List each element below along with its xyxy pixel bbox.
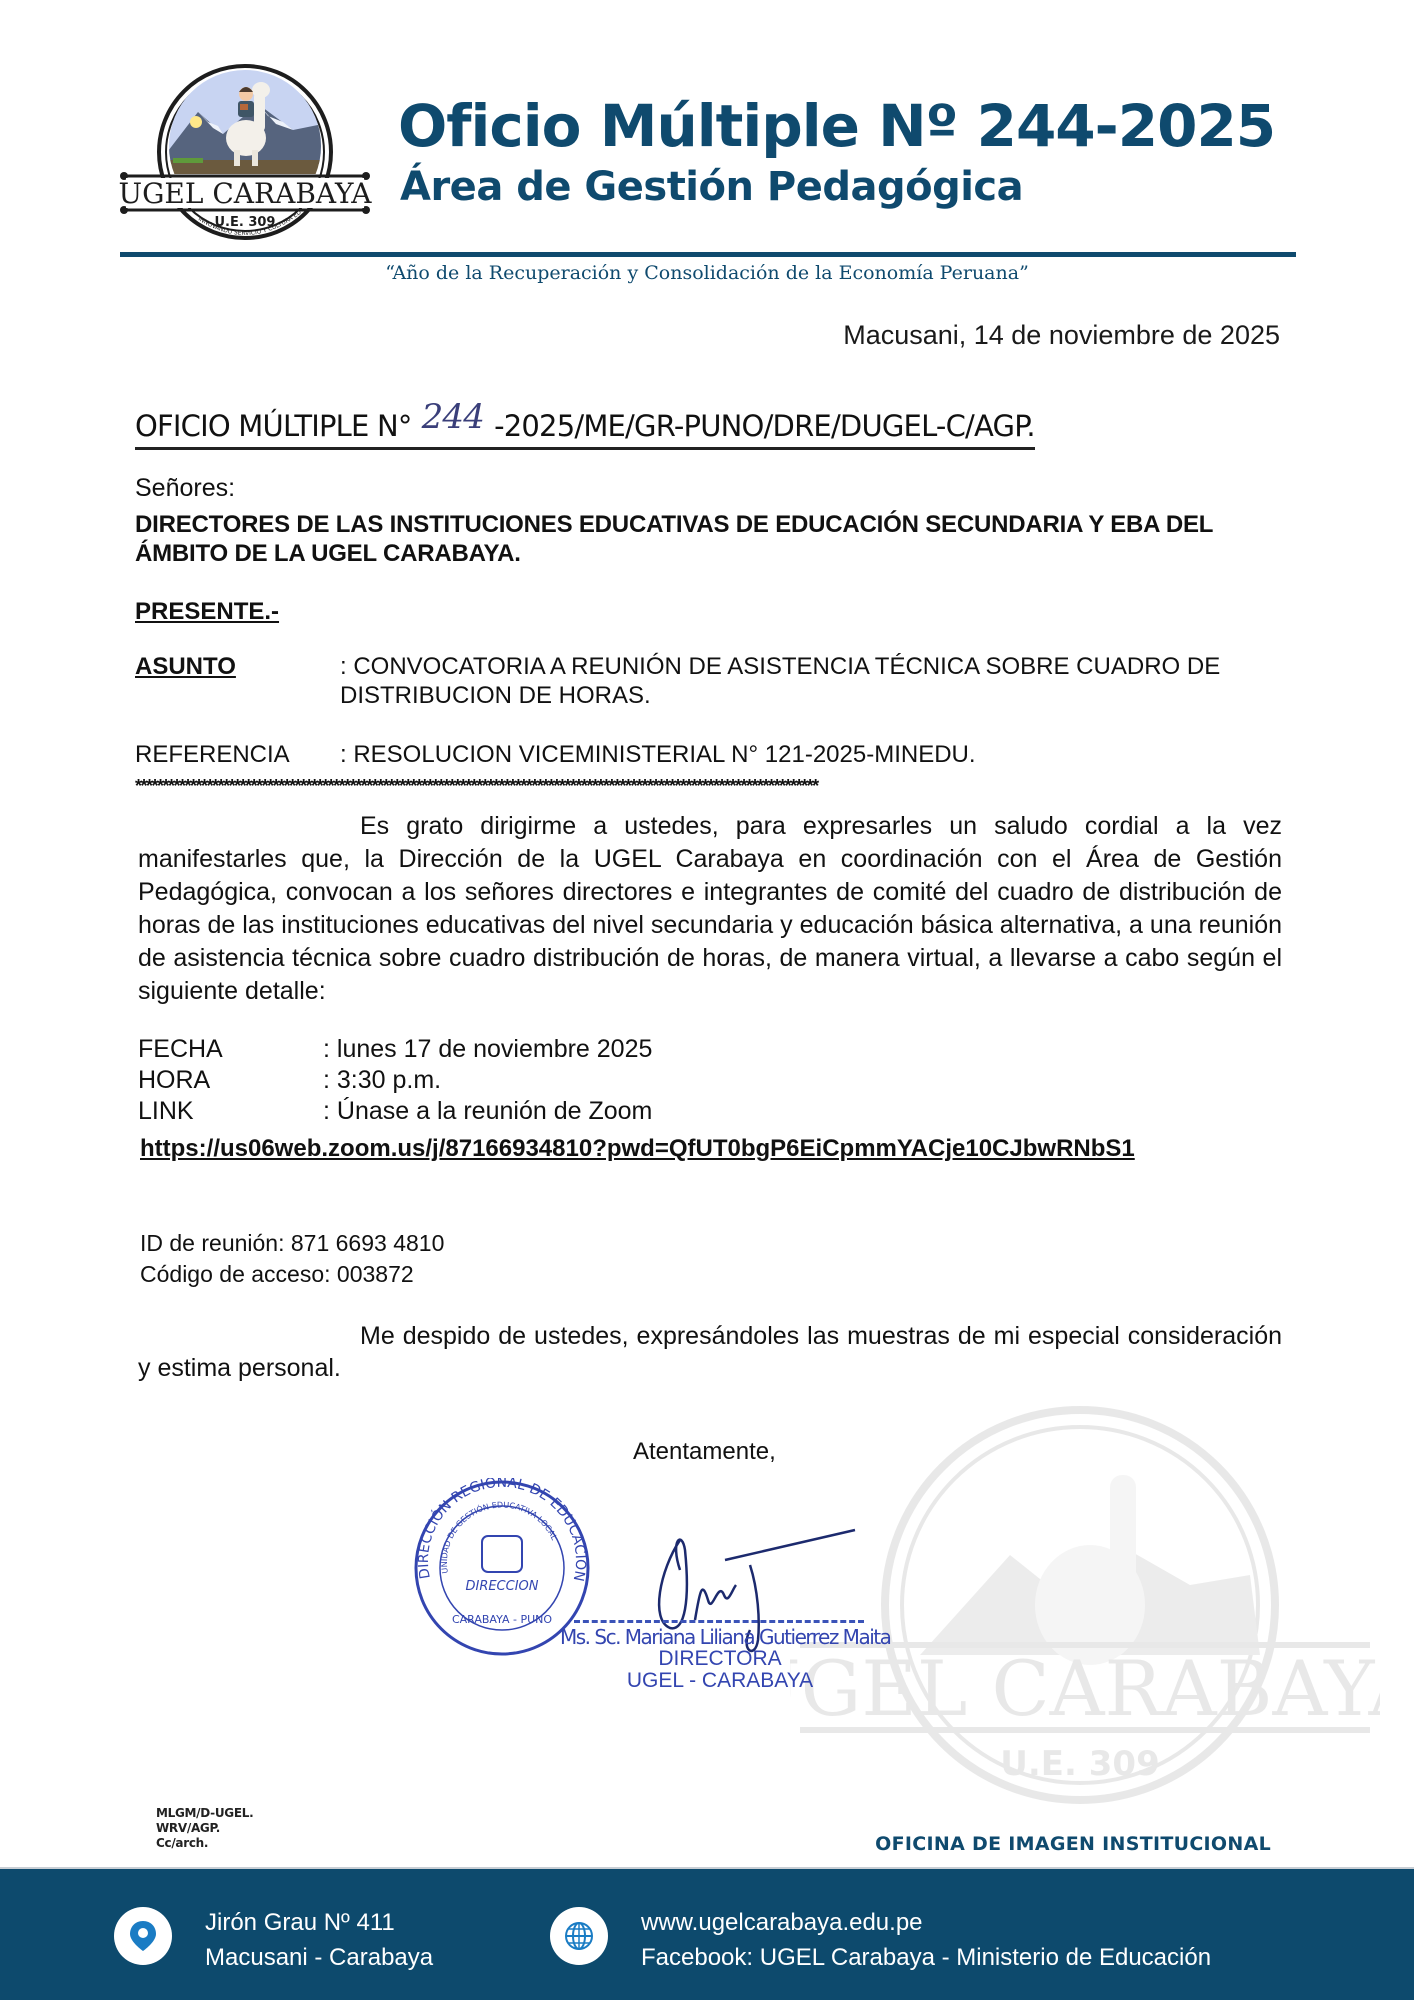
closing-paragraph: Me despido de ustedes, expresándoles las… [138, 1320, 1282, 1384]
facebook-link[interactable]: Facebook: UGEL Carabaya - Ministerio de … [641, 1940, 1211, 1975]
meeting-info: ID de reunión: 871 6693 4810 Código de a… [140, 1228, 444, 1290]
presente: PRESENTE.- [135, 598, 279, 626]
office-name: OFICINA DE IMAGEN INSTITUCIONAL [875, 1833, 1271, 1855]
signer-block: Ms. Sc. Mariana Liliana Gutierrez Maita … [560, 1626, 880, 1692]
referencia-row: REFERENCIA: RESOLUCION VICEMINISTERIAL N… [135, 740, 1280, 769]
asunto-value: : CONVOCATORIA A REUNIÓN DE ASISTENCIA T… [340, 652, 1280, 710]
oficio-reference: OFICIO MÚLTIPLE N°244-2025/ME/GR-PUNO/DR… [135, 405, 1035, 450]
map-pin-icon [114, 1907, 172, 1965]
document-body: Macusani, 14 de noviembre de 2025 OFICIO… [0, 0, 1414, 1860]
detail-link: LINK: Únase a la reunión de Zoom [138, 1096, 652, 1127]
svg-text:DIRECCION: DIRECCION [465, 1579, 538, 1594]
meeting-details: FECHA: lunes 17 de noviembre 2025 HORA: … [138, 1034, 652, 1127]
oficio-ref-suffix: -2025/ME/GR-PUNO/DRE/DUGEL-C/AGP. [494, 409, 1035, 443]
signer-org: UGEL - CARABAYA [560, 1670, 880, 1692]
oficio-ref-prefix: OFICIO MÚLTIPLE N° [135, 409, 412, 443]
asunto-label: ASUNTO [135, 652, 340, 681]
access-code: Código de acceso: 003872 [140, 1259, 444, 1290]
referencia-label: REFERENCIA [135, 740, 340, 769]
referencia-value: : RESOLUCION VICEMINISTERIAL N° 121-2025… [340, 740, 1280, 769]
footer-address: Jirón Grau Nº 411 Macusani - Carabaya [205, 1905, 433, 1975]
body-paragraph: Es grato dirigirme a ustedes, para expre… [138, 810, 1282, 1008]
signature-line [574, 1620, 864, 1623]
signer-role: DIRECTORA [560, 1648, 880, 1670]
recipient: DIRECTORES DE LAS INSTITUCIONES EDUCATIV… [135, 510, 1283, 568]
detail-hora: HORA: 3:30 p.m. [138, 1065, 652, 1096]
detail-fecha: FECHA: lunes 17 de noviembre 2025 [138, 1034, 652, 1065]
svg-text:CARABAYA - PUNO: CARABAYA - PUNO [452, 1613, 552, 1626]
valediction: Atentamente, [633, 1438, 776, 1466]
date-line: Macusani, 14 de noviembre de 2025 [843, 320, 1280, 351]
meeting-id: ID de reunión: 871 6693 4810 [140, 1228, 444, 1259]
asunto-row: ASUNTO: CONVOCATORIA A REUNIÓN DE ASISTE… [135, 652, 1280, 710]
zoom-meeting-link[interactable]: https://us06web.zoom.us/j/87166934810?pw… [140, 1133, 1280, 1164]
signer-name: Ms. Sc. Mariana Liliana Gutierrez Maita [560, 1626, 880, 1648]
svg-text:UNIDAD DE GESTIÓN EDUCATIVA LO: UNIDAD DE GESTIÓN EDUCATIVA LOCAL [440, 1500, 559, 1574]
website-link[interactable]: www.ugelcarabaya.edu.pe [641, 1905, 1211, 1940]
handwritten-number: 244 [422, 397, 485, 437]
footer: Jirón Grau Nº 411 Macusani - Carabaya ww… [0, 1867, 1414, 2000]
reference-initials: MLGM/D-UGEL. WRV/AGP. Cc/arch. [156, 1806, 253, 1851]
recipient-label: Señores: [135, 474, 235, 503]
separator-line: ****************************************… [135, 776, 1283, 796]
footer-contact: www.ugelcarabaya.edu.pe Facebook: UGEL C… [641, 1905, 1211, 1975]
globe-icon [550, 1907, 608, 1965]
